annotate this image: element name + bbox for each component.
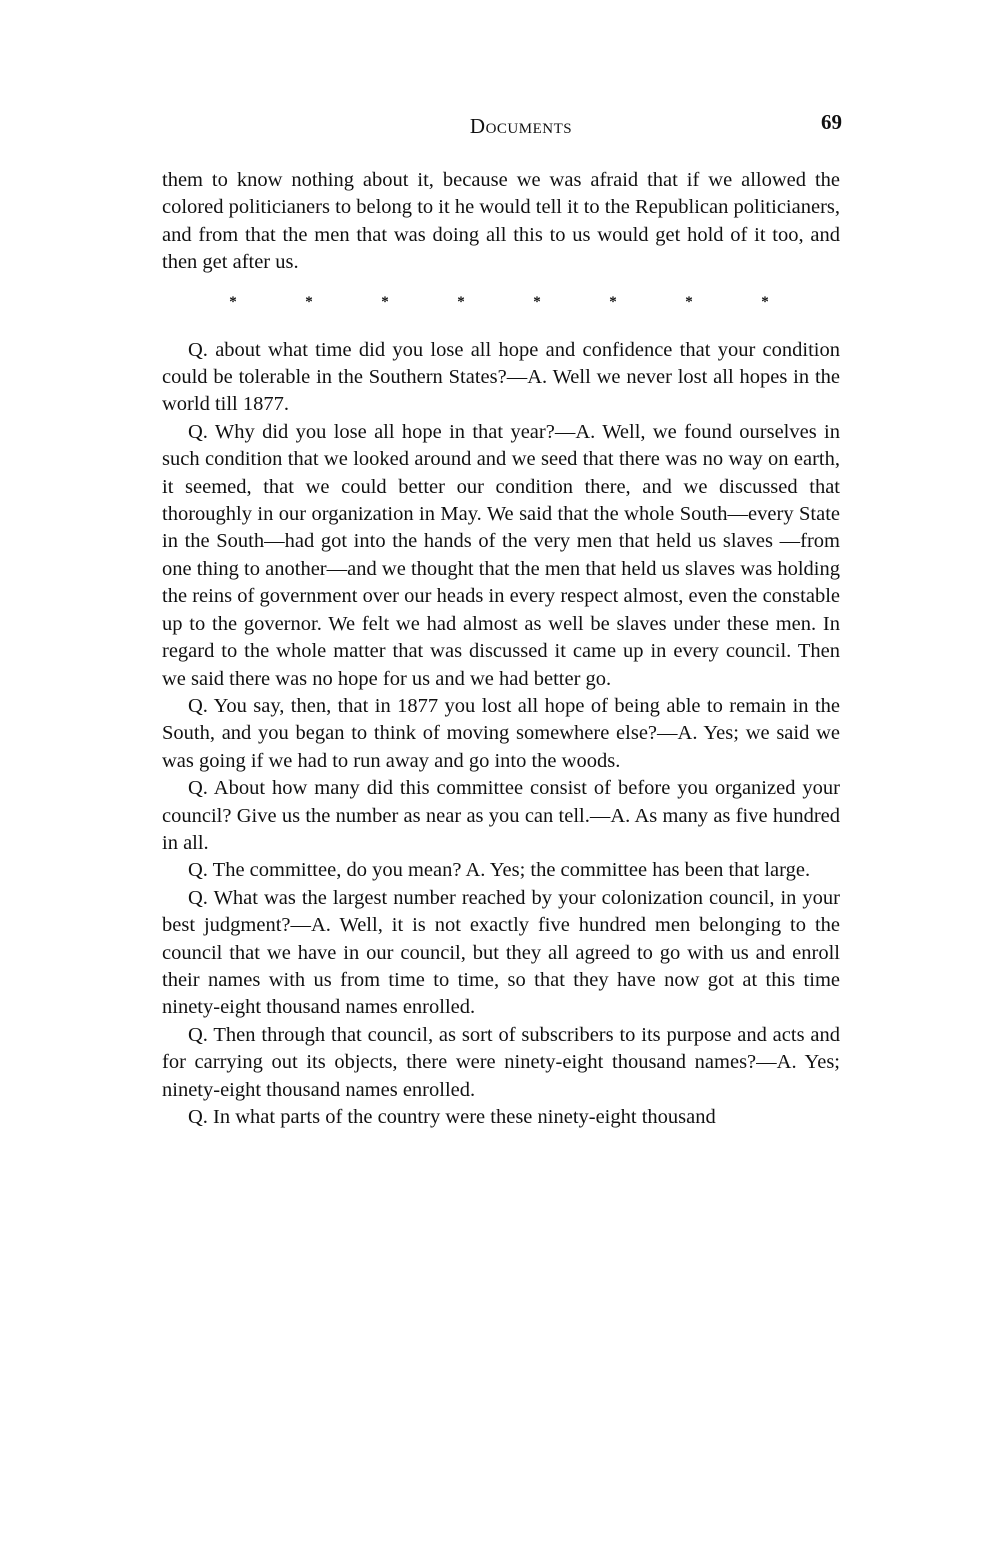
asterisk: * (380, 294, 390, 310)
asterisk: * (684, 294, 694, 310)
asterisk: * (760, 294, 770, 310)
document-page: Documents 69 them to know nothing about … (162, 108, 840, 1131)
body-text: them to know nothing about it, because w… (162, 167, 840, 1131)
qa-paragraph: Q. about what time did you lose all hope… (162, 337, 840, 419)
running-title: Documents (162, 114, 840, 139)
asterisk: * (304, 294, 314, 310)
section-break-asterisks: * * * * * * * * (162, 294, 840, 310)
qa-paragraph: Q. Then through that council, as sort of… (162, 1022, 840, 1104)
qa-paragraph: Q. In what parts of the country were the… (162, 1104, 840, 1131)
opening-paragraph: them to know nothing about it, because w… (162, 167, 840, 277)
asterisk: * (228, 294, 238, 310)
asterisk: * (608, 294, 618, 310)
qa-paragraph: Q. The committee, do you mean? A. Yes; t… (162, 857, 840, 884)
running-head: Documents 69 (162, 108, 840, 148)
qa-paragraph: Q. About how many did this committee con… (162, 775, 840, 857)
qa-paragraph: Q. What was the largest number reached b… (162, 885, 840, 1022)
asterisk: * (456, 294, 466, 310)
asterisk: * (532, 294, 542, 310)
page-number: 69 (821, 110, 842, 135)
qa-paragraph: Q. Why did you lose all hope in that yea… (162, 419, 840, 693)
qa-paragraph: Q. You say, then, that in 1877 you lost … (162, 693, 840, 775)
